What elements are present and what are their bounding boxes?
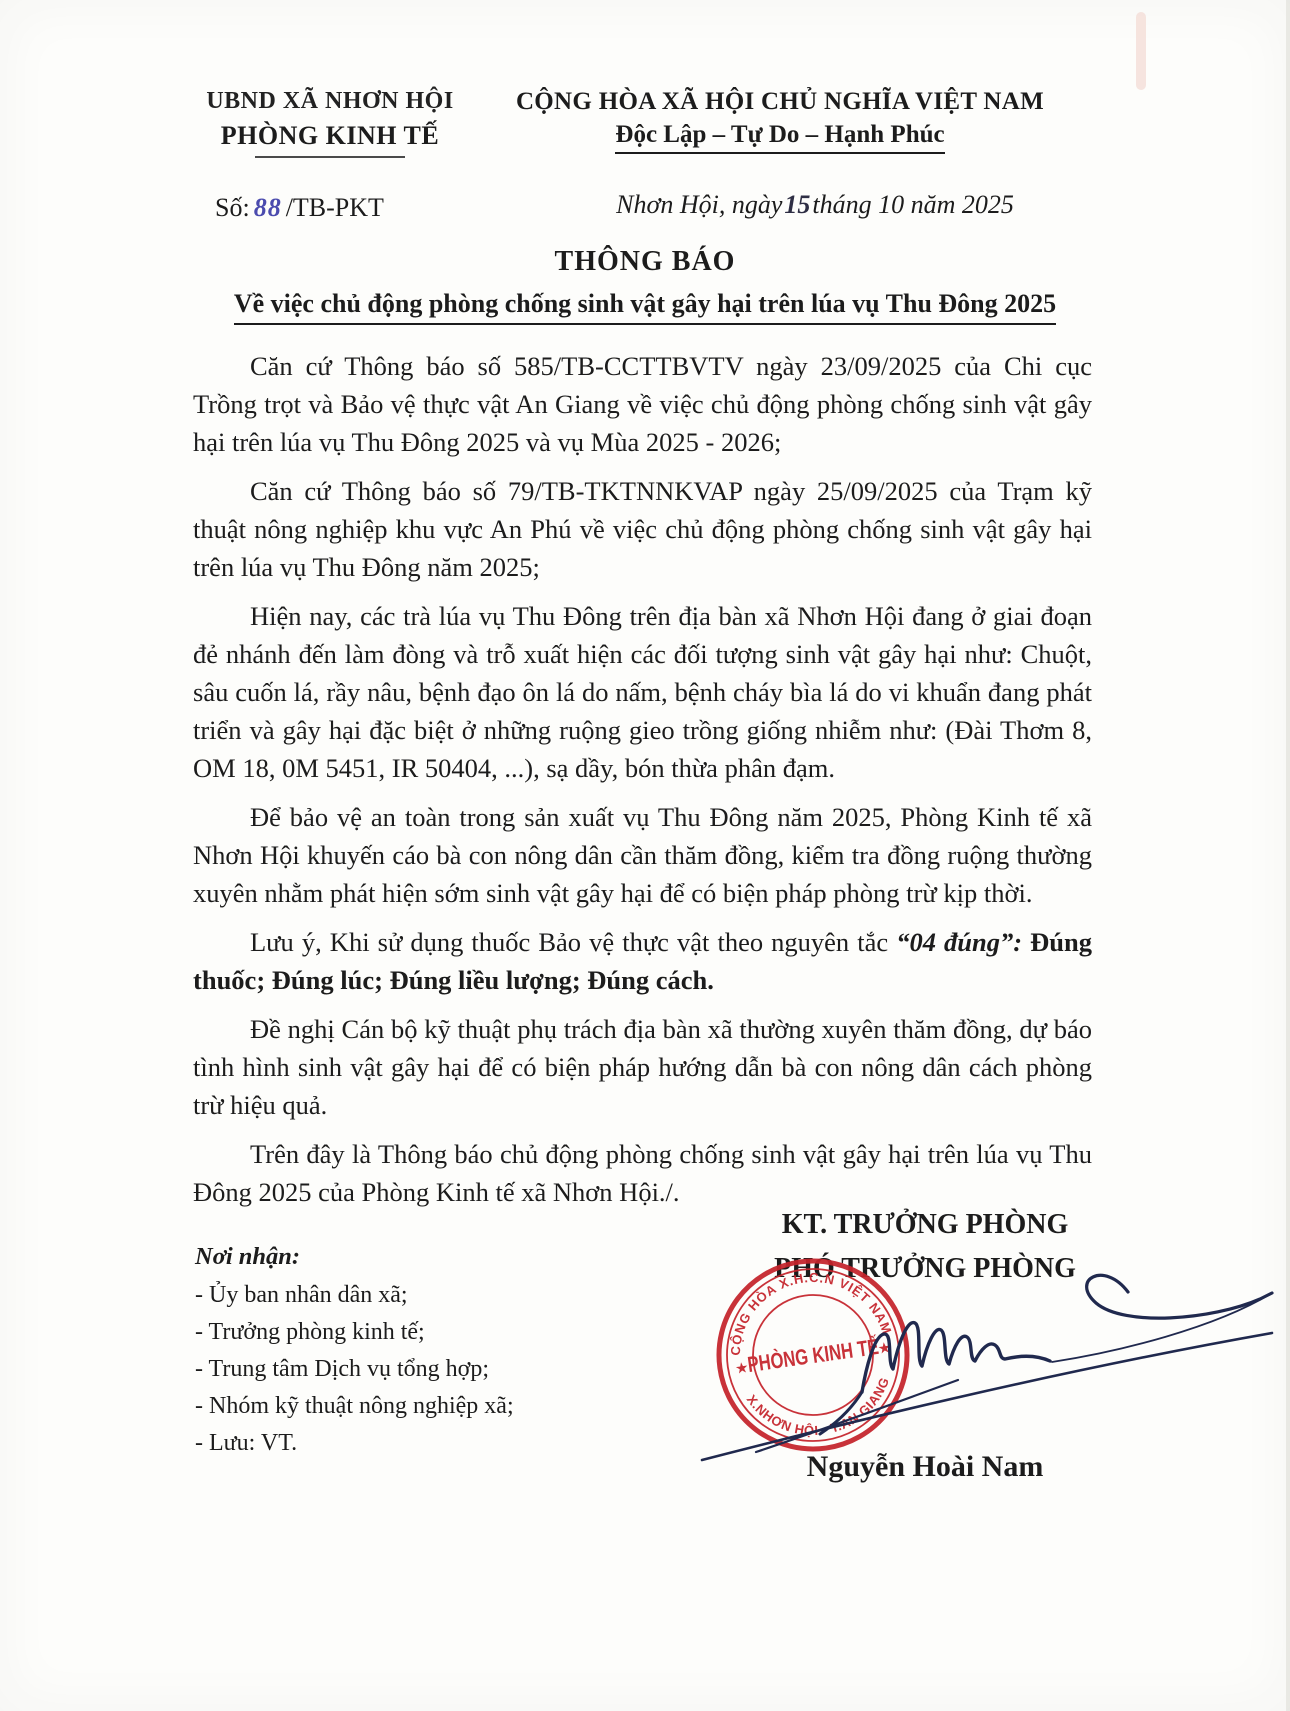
- issuing-org-block: UBND XÃ NHƠN HỘI PHÒNG KINH TẾ: [180, 88, 480, 158]
- paragraph: Trên đây là Thông báo chủ động phòng chố…: [193, 1135, 1092, 1211]
- scan-artifact: [1136, 12, 1146, 90]
- paragraph: Hiện nay, các trà lúa vụ Thu Đông trên đ…: [193, 597, 1092, 787]
- org-underline: [255, 156, 405, 158]
- recipient-item: - Trưởng phòng kinh tế;: [195, 1314, 655, 1351]
- recipient-item: - Lưu: VT.: [195, 1425, 655, 1462]
- date-line: Nhơn Hội, ngày15tháng 10 năm 2025: [560, 190, 1070, 220]
- recipients-block: Nơi nhận: - Ủy ban nhân dân xã; - Trưởng…: [195, 1238, 655, 1462]
- paragraph-run: Lưu ý, Khi sử dụng thuốc Bảo vệ thực vật…: [250, 927, 896, 957]
- document-body: Căn cứ Thông báo số 585/TB-CCTTBVTV ngày…: [193, 347, 1092, 1222]
- document-page: UBND XÃ NHƠN HỘI PHÒNG KINH TẾ CỘNG HÒA …: [0, 0, 1290, 1711]
- signature-flourish-tail: [1052, 1293, 1272, 1362]
- signer-title-acting: KT. TRƯỞNG PHÒNG: [700, 1203, 1150, 1247]
- document-title: THÔNG BÁO: [0, 246, 1290, 278]
- recipient-item: - Trung tâm Dịch vụ tổng hợp;: [195, 1351, 655, 1388]
- doc-number-suffix: /TB-PKT: [286, 193, 384, 222]
- national-motto-block: CỘNG HÒA XÃ HỘI CHỦ NGHĨA VIỆT NAM Độc L…: [485, 88, 1075, 154]
- doc-number-label: Số:: [215, 193, 250, 222]
- org-parent-name: UBND XÃ NHƠN HỘI: [180, 88, 480, 115]
- org-name: PHÒNG KINH TẾ: [180, 121, 480, 151]
- paragraph: Lưu ý, Khi sử dụng thuốc Bảo vệ thực vật…: [193, 923, 1092, 999]
- seal-center-text: PHÒNG KINH TẾ: [746, 1334, 880, 1377]
- document-subtitle: Về việc chủ động phòng chống sinh vật gâ…: [234, 289, 1056, 325]
- document-number: Số:88/TB-PKT: [215, 193, 384, 223]
- paragraph: Căn cứ Thông báo số 79/TB-TKTNNKVAP ngày…: [193, 472, 1092, 586]
- paragraph-run-emphasis: “04 đúng”:: [896, 927, 1022, 957]
- national-motto: Độc Lập – Tự Do – Hạnh Phúc: [615, 121, 944, 154]
- date-prefix: Nhơn Hội, ngày: [616, 190, 782, 219]
- signer-name: Nguyễn Hoài Nam: [700, 1450, 1150, 1484]
- recipient-item: - Ủy ban nhân dân xã;: [195, 1277, 655, 1314]
- doc-number-handwritten: 88: [254, 193, 282, 222]
- date-day-handwritten: 15: [784, 190, 810, 219]
- paragraph: Căn cứ Thông báo số 585/TB-CCTTBVTV ngày…: [193, 347, 1092, 461]
- national-title: CỘNG HÒA XÃ HỘI CHỦ NGHĨA VIỆT NAM: [485, 88, 1075, 116]
- recipient-item: - Nhóm kỹ thuật nông nghiệp xã;: [195, 1388, 655, 1425]
- paragraph: Đề nghị Cán bộ kỹ thuật phụ trách địa bà…: [193, 1010, 1092, 1124]
- official-seal: CỘNG HÒA X.H.C.N VIỆT NAM X.NHƠN HỘI - T…: [712, 1254, 914, 1456]
- subtitle-wrap: Về việc chủ động phòng chống sinh vật gâ…: [0, 289, 1290, 325]
- paragraph: Để bảo vệ an toàn trong sản xuất vụ Thu …: [193, 798, 1092, 912]
- date-suffix: tháng 10 năm 2025: [812, 190, 1014, 219]
- recipients-label: Nơi nhận:: [195, 1238, 655, 1275]
